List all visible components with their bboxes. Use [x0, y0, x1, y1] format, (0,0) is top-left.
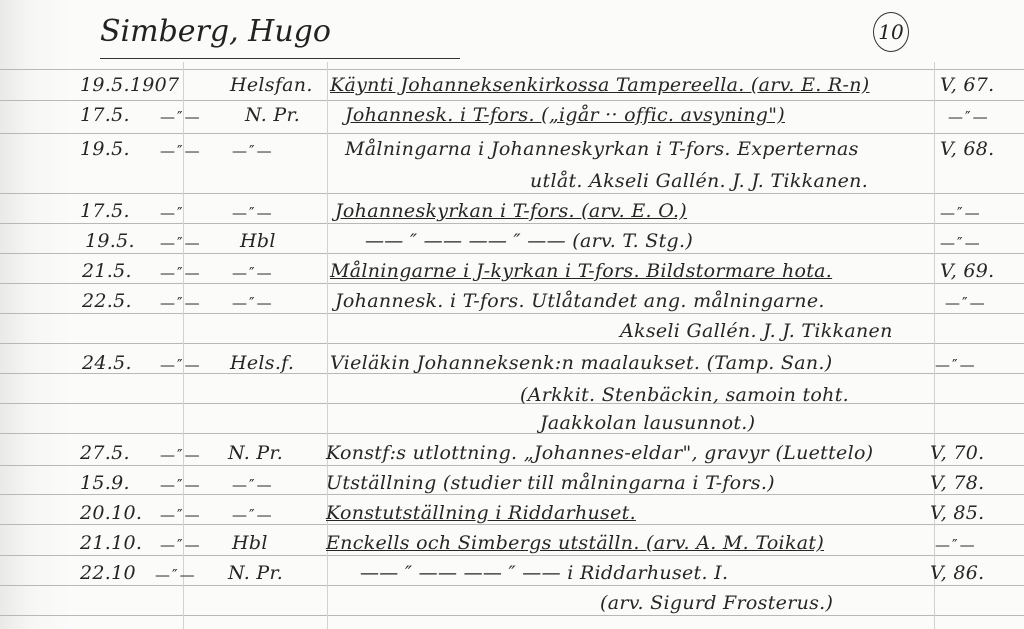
ditto-mark: —″— — [160, 476, 202, 494]
entry-text: Enckells och Simbergs utställn. (arv. A.… — [326, 532, 824, 554]
ditto-mark: —″— — [155, 566, 197, 584]
entry-ref: V, 69. — [940, 260, 995, 282]
ruled-line — [0, 524, 1024, 525]
entry-ref: V, 67. — [940, 74, 995, 96]
card-title: Simberg, Hugo — [100, 14, 331, 49]
ditto-mark: —″— — [232, 264, 274, 282]
entry-ref: V, 78. — [930, 472, 985, 494]
ditto-mark: —″— — [935, 356, 977, 374]
page-number-badge: 10 — [873, 12, 909, 52]
entry-text: Målningarne i J-kyrkan i T-fors. Bildsto… — [330, 260, 832, 282]
ruled-line — [0, 343, 1024, 344]
ditto-mark: —″— — [160, 294, 202, 312]
entry-source: Helsfan. — [230, 74, 313, 96]
entry-text: —— ″ —— —— ″ —— i Riddarhuset. I. — [360, 562, 728, 584]
ruled-line — [0, 253, 1024, 254]
entry-date: 17.5. — [80, 104, 130, 126]
entry-source: Hbl — [232, 532, 268, 554]
ditto-mark: —″— — [160, 142, 202, 160]
entry-source: N. Pr. — [228, 442, 283, 464]
entry-text-continuation: Jaakkolan lausunnot.) — [540, 412, 755, 434]
entry-date: 21.5. — [82, 260, 132, 282]
ruled-line — [0, 193, 1024, 194]
entry-date: 20.10. — [80, 502, 142, 524]
ruled-line — [0, 403, 1024, 404]
entry-text: Johanneskyrkan i T-fors. (arv. E. O.) — [335, 200, 687, 222]
entry-ref: V, 86. — [930, 562, 985, 584]
ruled-line — [0, 223, 1024, 224]
ruled-line — [0, 69, 1024, 70]
ditto-mark: —″— — [945, 294, 987, 312]
entry-date: 15.9. — [80, 472, 130, 494]
entry-text-continuation: (Arkkit. Stenbäckin, samoin toht. — [520, 384, 849, 406]
entry-text-continuation: utlåt. Akseli Gallén. J. J. Tikkanen. — [530, 170, 868, 192]
ruled-line — [0, 494, 1024, 495]
ruled-line — [0, 615, 1024, 616]
ditto-mark: —″— — [232, 506, 274, 524]
title-underline — [100, 58, 460, 59]
entry-date: 21.10. — [80, 532, 142, 554]
ditto-mark: —″— — [160, 506, 202, 524]
ditto-mark: —″ — [160, 204, 185, 222]
ditto-mark: —″— — [940, 204, 982, 222]
ruled-line — [0, 585, 1024, 586]
ruled-line — [0, 100, 1024, 101]
entry-ref: V, 85. — [930, 502, 985, 524]
entry-date: 17.5. — [80, 200, 130, 222]
entry-date: 19.5. — [80, 138, 130, 160]
entry-text: Käynti Johanneksenkirkossa Tampereella. … — [330, 74, 870, 96]
entry-source: N. Pr. — [245, 104, 300, 126]
ruled-line — [0, 555, 1024, 556]
entry-date: 22.10 — [80, 562, 136, 584]
ditto-mark: —″— — [160, 108, 202, 126]
entry-date: 19.5.1907 — [80, 74, 179, 96]
entry-date: 24.5. — [82, 352, 132, 374]
ditto-mark: —″— — [232, 142, 274, 160]
ditto-mark: —″— — [160, 264, 202, 282]
entry-text: —— ″ —— —— ″ —— (arv. T. Stg.) — [365, 230, 693, 252]
entry-ref: V, 68. — [940, 138, 995, 160]
ruled-line — [0, 465, 1024, 466]
ditto-mark: —″— — [948, 108, 990, 126]
ditto-mark: —″— — [160, 446, 202, 464]
ditto-mark: —″— — [160, 536, 202, 554]
entry-date: 19.5. — [85, 230, 135, 252]
entry-text: Vieläkin Johanneksenk:n maalaukset. (Tam… — [330, 352, 832, 374]
ditto-mark: —″— — [232, 204, 274, 222]
entry-source: N. Pr. — [228, 562, 283, 584]
entry-date: 22.5. — [82, 290, 132, 312]
entry-date: 27.5. — [80, 442, 130, 464]
entry-ref: V, 70. — [930, 442, 985, 464]
ditto-mark: —″— — [232, 476, 274, 494]
entry-text-continuation: (arv. Sigurd Frosterus.) — [600, 592, 833, 614]
ditto-mark: —″— — [935, 536, 977, 554]
ruled-line — [0, 283, 1024, 284]
entry-text: Utställning (studier till målningarna i … — [326, 472, 775, 494]
entry-text: Johannesk. i T-fors. Utlåtandet ang. mål… — [335, 290, 825, 312]
ditto-mark: —″— — [160, 356, 202, 374]
ruled-line — [0, 433, 1024, 434]
ruled-line — [0, 133, 1024, 134]
entry-source: Hbl — [240, 230, 276, 252]
ditto-mark: —″— — [940, 234, 982, 252]
entry-source: Hels.f. — [230, 352, 294, 374]
ruled-line — [0, 313, 1024, 314]
entry-text-continuation: Akseli Gallén. J. J. Tikkanen — [620, 320, 893, 342]
ditto-mark: —″— — [232, 294, 274, 312]
entry-text: Målningarna i Johanneskyrkan i T-fors. E… — [345, 138, 859, 160]
entry-text: Konstutställning i Riddarhuset. — [326, 502, 636, 524]
ditto-mark: —″— — [160, 234, 202, 252]
entry-text: Konstf:s utlottning. „Johannes-eldar", g… — [326, 442, 873, 464]
entry-text: Johannesk. i T-fors. („igår ·· offic. av… — [345, 104, 785, 126]
